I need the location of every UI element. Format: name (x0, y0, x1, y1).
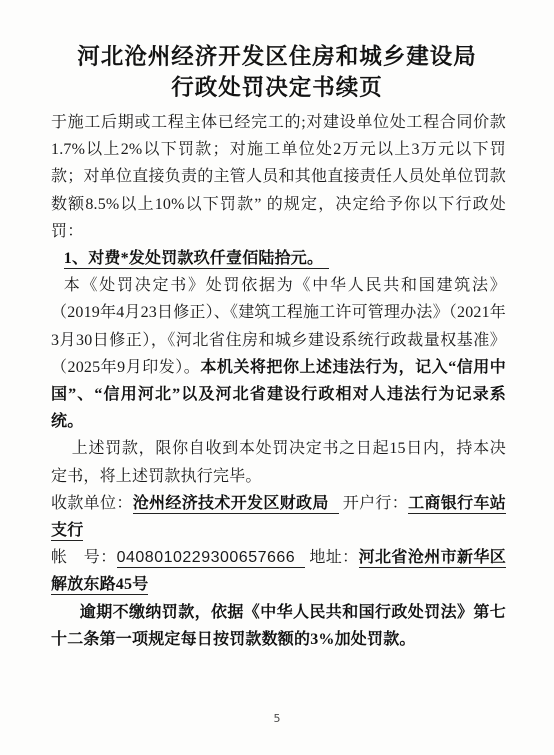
paragraph-account: 帐 号：0408010229300657666地址：河北省沧州市新华区解放东路4… (51, 544, 506, 598)
document-title: 河北沧州经济开发区住房和城乡建设局 行政处罚决定书续页 (0, 41, 554, 103)
address-label: 地址： (309, 549, 358, 566)
document-title-line2: 行政处罚决定书续页 (0, 72, 554, 103)
page-number: 5 (0, 712, 554, 725)
payee-value: 沧州经济技术开发区财政局 (133, 495, 339, 514)
document-title-line1: 河北沧州经济开发区住房和城乡建设局 (0, 41, 554, 72)
paragraph-late-penalty: 逾期不缴纳罚款，依据《中华人民共和国行政处罚法》第七十二条第一项规定每日按罚款数… (51, 599, 506, 653)
account-label: 帐 号： (51, 549, 117, 566)
payee-label: 收款单位： (51, 495, 133, 512)
paragraph-penalty-basis: 于施工后期或工程主体已经完工的;对建设单位处工程合同价款1.7%以上2%以下罚款… (51, 109, 506, 245)
bank-label: 开户行： (343, 495, 408, 512)
document-body: 于施工后期或工程主体已经完工的;对建设单位处工程合同价款1.7%以上2%以下罚款… (51, 109, 506, 653)
account-number: 0408010229300657666 (117, 549, 306, 568)
paragraph-payee: 收款单位：沧州经济技术开发区财政局开户行：工商银行车站支行 (51, 490, 506, 544)
penalty-item-text: 1、对费*发处罚款玖仟壹佰陆拾元。 (64, 250, 329, 269)
paragraph-legal-basis: 本《处罚决定书》处罚依据为《中华人民共和国建筑法》（2019年4月23日修正）、… (51, 272, 506, 435)
paragraph-payment-deadline: 上述罚款，限你自收到本处罚决定书之日起15日内，持本决定书，将上述罚款执行完毕。 (51, 435, 506, 489)
paragraph-penalty-item: 1、对费*发处罚款玖仟壹佰陆拾元。 (51, 245, 506, 272)
penalty-decision-page: 河北沧州经济开发区住房和城乡建设局 行政处罚决定书续页 于施工后期或工程主体已经… (0, 0, 554, 755)
